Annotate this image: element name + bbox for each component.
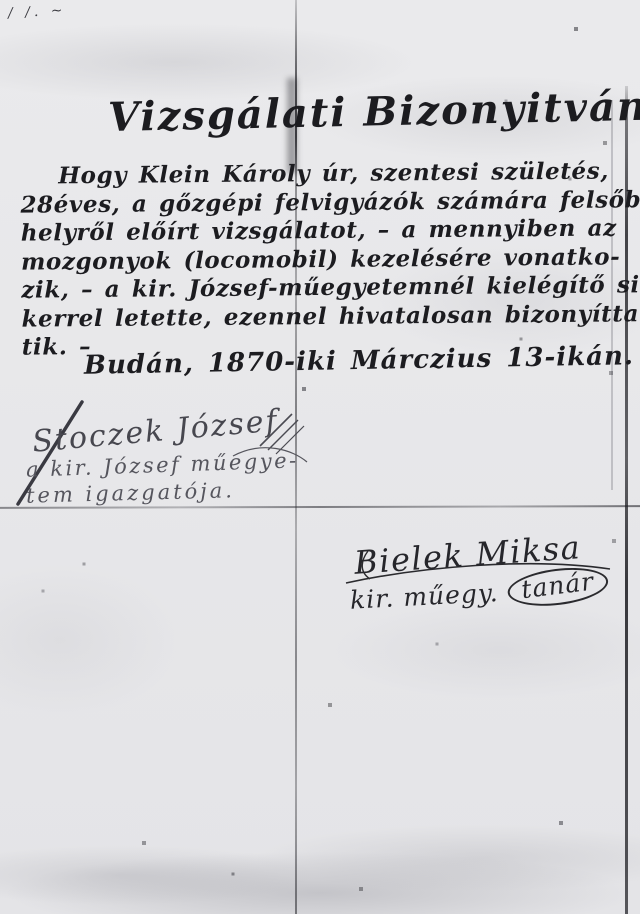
body-paragraph: Hogy Klein Károly úr, szentesi születés,…: [20, 157, 628, 362]
body-line: zik, – a kir. József-műegyetemnél kielég…: [21, 271, 627, 305]
signature-professor-title-prefix: kir. műegy.: [349, 578, 499, 615]
document-page: / /. ~ Vizsgálati Bizonyitvány. Hogy Kle…: [0, 0, 640, 914]
corner-pencil-marks: / /. ~: [8, 2, 67, 21]
body-line: helyről előírt vizsgálatot, – a mennyibe…: [21, 214, 627, 248]
body-line: Hogy Klein Károly úr, szentesi születés,: [20, 157, 626, 191]
body-line: kerrel letette, ezennel hivatalosan bizo…: [21, 300, 627, 334]
document-title: Vizsgálati Bizonyitvány.: [108, 82, 640, 141]
ink-specks: [0, 0, 2, 2]
